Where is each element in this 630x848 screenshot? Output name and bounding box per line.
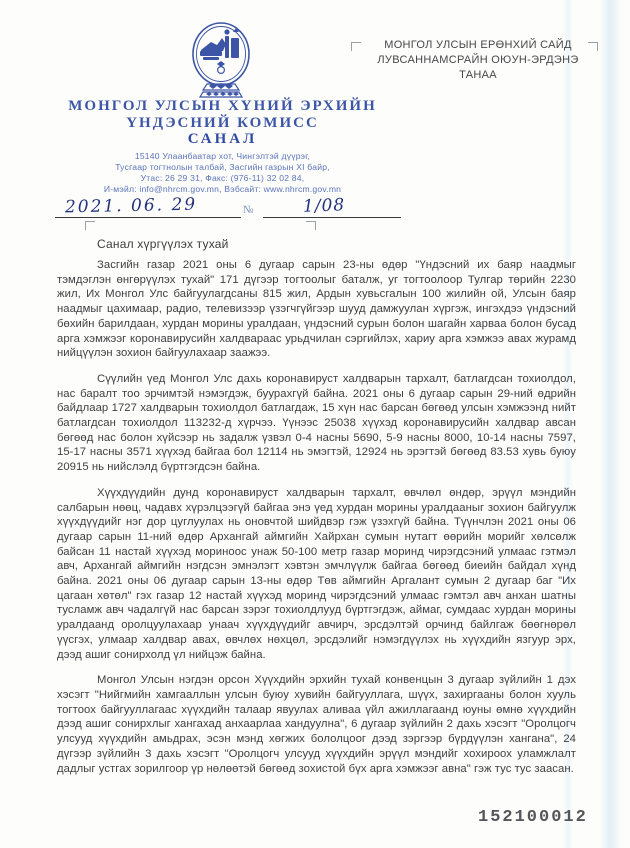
org-name-line2: ҮНДЭСНИЙ КОМИСС [20,115,425,132]
number-sign: № [243,204,254,216]
subject-corner-bracket-left [85,221,95,230]
recipient-line2: ЛУВСАННАМСРАЙН ОЮУН-ЭРДЭНЭ [352,53,604,68]
address-line1: 15140 Улаанбаатар хот, Чингэлтэй дүүрэг, [20,151,425,162]
recipient-line1: МОНГОЛ УЛСЫН ЕРӨНХИЙ САЙД [352,38,604,53]
letter-page: МОНГОЛ УЛСЫН ХҮНИЙ ЭРХИЙН ҮНДЭСНИЙ КОМИС… [0,0,630,848]
address-line2: Тусгаар тогтнолын талбай, Засгийн газрын… [20,162,425,173]
scan-artifact-right [600,0,622,848]
recipient-block: МОНГОЛ УЛСЫН ЕРӨНХИЙ САЙД ЛУВСАННАМСРАЙН… [352,38,604,83]
address-line3: Утас: 26 29 31, Факс: (976-11) 32 02 84, [20,173,425,184]
letter-body: Засгийн газар 2021 оны 6 дугаар сарын 23… [57,258,576,776]
paragraph-2: Сүүлийн үед Монгол Улс дахь коронавируст… [57,372,576,475]
recipient-line3: ТАНАА [352,68,604,83]
org-name: МОНГОЛ УЛСЫН ХҮНИЙ ЭРХИЙН ҮНДЭСНИЙ КОМИС… [20,98,425,132]
date-number-row: 2021. 06. 29 № 1/08 [55,190,405,224]
paragraph-3: Хүүхдүүдийн дунд коронавируст халдварын … [57,486,576,662]
handwritten-date: 2021. 06. 29 [65,195,198,218]
org-address: 15140 Улаанбаатар хот, Чингэлтэй дүүрэг,… [20,151,425,195]
org-name-line1: МОНГОЛ УЛСЫН ХҮНИЙ ЭРХИЙН [20,98,425,115]
nhrc-emblem-icon [163,20,279,102]
nhrc-emblem-logo [163,20,279,102]
number-underline [263,217,401,218]
handwritten-number: 1/08 [303,195,346,216]
doc-type-title: САНАЛ [20,131,425,148]
subject-line: Санал хүргүүлэх тухай [97,237,229,251]
paragraph-1: Засгийн газар 2021 оны 6 дугаар сарын 23… [57,258,576,361]
subject-corner-bracket-right [306,221,316,230]
date-underline [55,217,241,218]
paragraph-4: Монгол Улсын нэгдэн орсон Хүүхдийн эрхий… [57,673,576,776]
registration-stamp-number: 152100012 [478,808,588,827]
